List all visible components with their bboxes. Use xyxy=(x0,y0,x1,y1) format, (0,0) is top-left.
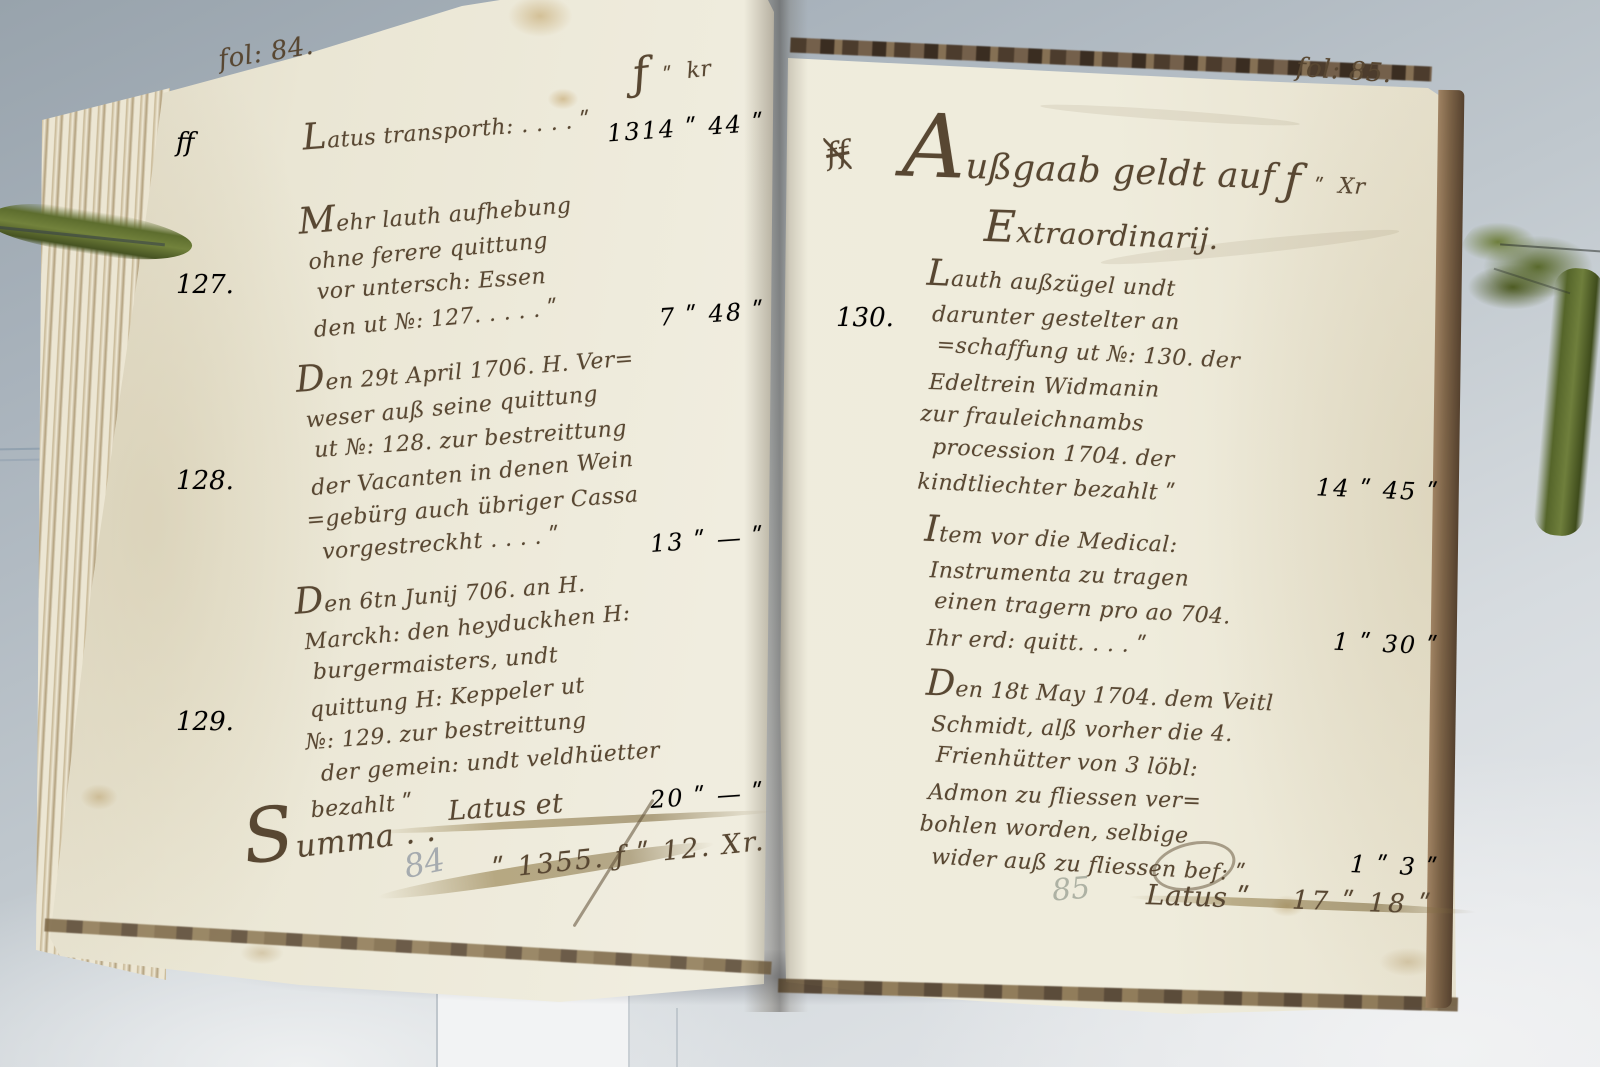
latus-amount-right: 17 ʺ 18 ʺ xyxy=(1292,886,1435,921)
entry-amount: 1 ʺ 30 ʺ xyxy=(1333,628,1441,661)
ledger-entry: 128. Den 29t April 1706. H. Ver=weser au… xyxy=(292,348,770,558)
florin-symbol: ƒ xyxy=(630,59,650,91)
ledger-entry: Den 18t May 1704. dem VeitlSchmidt, alß … xyxy=(916,674,1444,884)
entry-text: Mehr lauth aufhebungohne ferere quittung… xyxy=(297,176,679,347)
page-heading-line2: Extraordinarij. xyxy=(983,202,1220,260)
ledger-entry: 127. Mehr lauth aufhebungohne ferere qui… xyxy=(292,190,770,332)
manuscript-photo: fol: 84. ƒ ʺ kr ff Latus transporth: . .… xyxy=(0,0,1600,1067)
entry-margin-number: ff xyxy=(176,128,194,158)
entry-text: Item vor die Medical:Instrumenta zu trag… xyxy=(919,512,1297,671)
entry-margin-number: 129. xyxy=(176,707,234,737)
entry-amount: 7 ʺ 48 ʺ xyxy=(658,296,766,331)
separator-mark: ʺ xyxy=(1314,173,1325,197)
latus-label-right: Latus ʺ xyxy=(1145,878,1250,915)
kreuzer-label: kr xyxy=(685,56,713,84)
entry-margin-number: 128. xyxy=(176,466,234,496)
entry-margin-number: 127. xyxy=(176,270,234,300)
kreuzer-label: Xr xyxy=(1338,174,1366,200)
entry-amount: 14 ʺ 45 ʺ xyxy=(1315,473,1440,506)
ledger-entry: ff Latus transporth: . . . . ʺ 1314 ʺ 44… xyxy=(292,106,770,146)
left-page-entries: ff Latus transporth: . . . . ʺ 1314 ʺ 44… xyxy=(292,106,770,830)
separator-mark: ʺ xyxy=(662,62,675,87)
right-page-entries: 130. Lauth außzügel undtdarunter gestelt… xyxy=(916,264,1444,896)
entry-text: Den 6tn Junij 706. an H.Marckh: den heyd… xyxy=(293,556,683,828)
entry-text: Lauth außzügel undtdarunter gestelter an… xyxy=(917,256,1300,517)
ledger-entry: 129. Den 6tn Junij 706. an H.Marckh: den… xyxy=(292,570,770,814)
entry-amount: 1 ʺ 3 ʺ xyxy=(1350,850,1441,882)
ledger-entry: Item vor die Medical:Instrumenta zu trag… xyxy=(916,520,1444,662)
ledger-entry: 130. Lauth außzügel undtdarunter gestelt… xyxy=(916,264,1444,508)
entry-text: Den 18t May 1704. dem VeitlSchmidt, alß … xyxy=(917,666,1298,893)
currency-column-header-right: ƒ ʺ Xr xyxy=(1283,166,1366,200)
entry-margin-number: 130. xyxy=(836,303,894,333)
entry-text: Den 29t April 1706. H. Ver=weser auß sei… xyxy=(294,334,681,573)
florin-symbol: ƒ xyxy=(1283,166,1301,197)
pencil-folio-number-right: 85 xyxy=(1051,870,1092,908)
